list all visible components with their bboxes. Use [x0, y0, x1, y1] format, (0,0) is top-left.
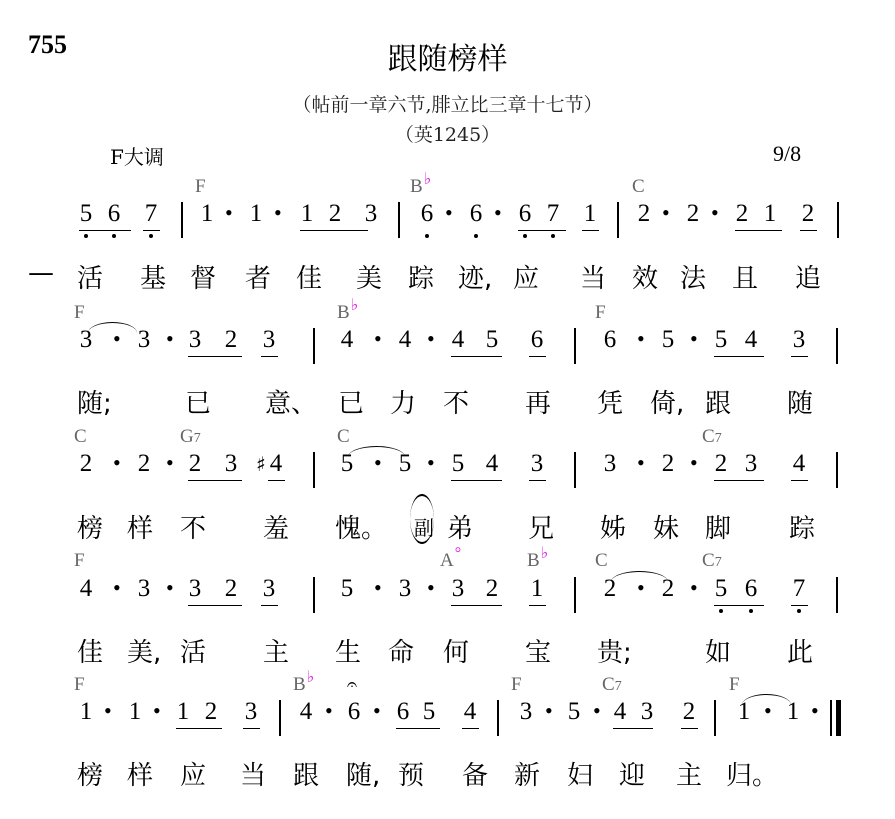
duration-dot: • [593, 698, 601, 724]
note: 3 [220, 450, 242, 478]
lyric-syllable: 备 [462, 755, 488, 792]
lyric-syllable: 生 [335, 632, 361, 669]
chord-symbol: B♭ [293, 674, 314, 696]
eighth-underline [261, 605, 278, 606]
duration-dot: • [711, 200, 719, 226]
note: 6 [599, 326, 621, 354]
eighth-underline [529, 356, 546, 357]
lower-octave-dot [474, 234, 478, 238]
note: 5 [418, 698, 440, 726]
lyric-syllable: 如 [705, 632, 731, 669]
note: 4 [447, 326, 469, 354]
barline [836, 577, 838, 613]
note: 1 [296, 200, 318, 228]
lyric-syllable: 已 [338, 383, 364, 420]
flat-icon: ♭ [307, 669, 315, 686]
eighth-underline [243, 728, 260, 729]
note: 3 [740, 450, 762, 478]
note: 3 [360, 200, 382, 228]
note: 2 [678, 698, 700, 726]
eighth-beam [188, 605, 242, 606]
lyric-syllable: 随; [77, 383, 112, 420]
duration-dot: • [374, 575, 382, 601]
duration-dot: • [374, 326, 382, 352]
lyric-syllable: 美 [356, 258, 382, 295]
note: 7 [542, 200, 564, 228]
duration-dot: • [445, 200, 453, 226]
note: 5 [75, 200, 97, 228]
lower-octave-dot [797, 609, 801, 613]
lyric-syllable: 活 [180, 632, 206, 669]
barline [836, 452, 838, 488]
note: 5 [710, 326, 732, 354]
barline [714, 700, 716, 736]
note: 2 [324, 200, 346, 228]
note: 5 [481, 326, 503, 354]
note: 3 [258, 575, 280, 603]
lyric-syllable: 再 [525, 383, 551, 420]
lyric-syllable: 贵; [597, 632, 632, 669]
lyric-syllable: 佳 [77, 632, 103, 669]
note: 3 [184, 326, 206, 354]
eighth-beam [188, 480, 242, 481]
lyric-syllable: 跟 [705, 383, 731, 420]
lyric-syllable: 且 [732, 258, 758, 295]
eighth-beam [300, 230, 368, 231]
eighth-underline [529, 605, 546, 606]
time-signature: 9/8 [773, 141, 801, 167]
note: 6 [392, 698, 414, 726]
note: 3 [258, 326, 280, 354]
note: 2 [220, 326, 242, 354]
note: 7 [788, 575, 810, 603]
page-title: 跟随榜样 [0, 34, 895, 78]
lower-octave-dot [149, 234, 153, 238]
duration-dot: • [690, 450, 698, 476]
lower-octave-dot [425, 234, 429, 238]
lyric-syllable: 追 [795, 258, 821, 295]
note: 6 [343, 698, 365, 726]
note: 3 [184, 575, 206, 603]
barline [617, 202, 619, 238]
eighth-underline [261, 356, 278, 357]
duration-dot: • [690, 326, 698, 352]
duration-dot: • [104, 698, 112, 724]
note: 2 [731, 200, 753, 228]
lyric-syllable: 踪 [408, 258, 434, 295]
chord-symbol: F [595, 302, 606, 324]
lyric-syllable: 不 [180, 508, 206, 545]
note: 5 [336, 575, 358, 603]
lyric-syllable: 凭 [597, 383, 623, 420]
note: 6 [416, 200, 438, 228]
lyric-syllable: 愧。 [335, 508, 387, 545]
lyric-syllable: 宝 [525, 632, 551, 669]
lyric-syllable: 此 [787, 632, 813, 669]
duration-dot: • [166, 450, 174, 476]
eighth-beam [176, 728, 222, 729]
barline [837, 202, 839, 238]
eighth-underline [791, 480, 808, 481]
lower-octave-dot [112, 234, 116, 238]
note: 1 [245, 200, 267, 228]
note: 4 [740, 326, 762, 354]
note: 1 [124, 698, 146, 726]
eighth-underline [582, 230, 599, 231]
chord-symbol: G7 [180, 426, 201, 448]
barline [836, 328, 838, 364]
eighth-beam [714, 605, 764, 606]
duration-dot: • [274, 200, 282, 226]
lyric-syllable: 美, [127, 632, 161, 669]
note: 1 [75, 698, 97, 726]
chord-symbol: C7 [602, 674, 622, 696]
note: 2 [200, 698, 222, 726]
note: 4 [336, 326, 358, 354]
eighth-beam [188, 356, 242, 357]
lower-octave-dot [551, 234, 555, 238]
lyric-syllable: 应 [513, 258, 539, 295]
chord-symbol: F [511, 674, 522, 696]
note: 3 [240, 698, 262, 726]
lyric-syllable: 迹, [458, 258, 492, 295]
barline [313, 577, 315, 613]
note: 4 [394, 326, 416, 354]
fermata-icon: 𝄐 [347, 674, 357, 695]
note: 2 [220, 575, 242, 603]
note: 2 [633, 200, 655, 228]
chord-symbol: C [595, 550, 608, 572]
barline [497, 700, 499, 736]
lyric-syllable: — [28, 258, 54, 288]
barline [830, 700, 832, 736]
barline [313, 452, 315, 488]
lyric-syllable: 应 [180, 755, 206, 792]
note: 2 [75, 450, 97, 478]
duration-dot: • [113, 575, 121, 601]
lyric-syllable: 主 [263, 632, 289, 669]
note: 2 [797, 200, 819, 228]
tie-slur [348, 446, 405, 457]
note: 1 [759, 200, 781, 228]
eighth-beam [79, 230, 131, 231]
note: 3 [515, 698, 537, 726]
lyric-syllable: 倚, [650, 383, 684, 420]
tie-slur [742, 694, 791, 705]
eighth-beam [451, 605, 502, 606]
lower-octave-dot [84, 234, 88, 238]
barline [398, 202, 400, 238]
tie-slur [88, 322, 137, 333]
barline [574, 328, 576, 364]
barline [279, 700, 281, 736]
note: 2 [682, 200, 704, 228]
note: 1 [196, 200, 218, 228]
note: 3 [526, 450, 548, 478]
eighth-underline [268, 480, 285, 481]
chord-symbol: F [74, 550, 85, 572]
barline [313, 328, 315, 364]
note: 6 [740, 575, 762, 603]
lyric-syllable: 姊 [600, 508, 626, 545]
note: 5 [447, 450, 469, 478]
duration-dot: • [225, 200, 233, 226]
lyric-syllable: 兄 [528, 508, 554, 545]
key-signature: F大调 [110, 141, 164, 170]
lyric-syllable: 羞 [263, 508, 289, 545]
lyric-syllable: 跟 [293, 755, 319, 792]
eighth-beam [613, 728, 653, 729]
note: 2 [657, 450, 679, 478]
note: 6 [526, 326, 548, 354]
note: 4 [788, 450, 810, 478]
lyric-syllable: 当 [240, 755, 266, 792]
chord-symbol: C [337, 426, 350, 448]
flat-icon: ♭ [541, 545, 549, 562]
note: 4 [295, 698, 317, 726]
duration-dot: • [325, 698, 333, 724]
chord-symbol: B♭ [410, 176, 431, 198]
chord-symbol: C [632, 176, 645, 198]
duration-dot: • [545, 698, 553, 724]
flat-icon: ♭ [351, 297, 359, 314]
chord-symbol: F [74, 674, 85, 696]
chord-symbol: F [729, 674, 740, 696]
duration-dot: • [690, 575, 698, 601]
duration-dot: • [811, 698, 819, 724]
duration-dot: • [166, 575, 174, 601]
note: 3 [394, 575, 416, 603]
lyric-syllable: 督 [190, 258, 216, 295]
diminished-icon: ° [455, 545, 461, 562]
note: 1 [172, 698, 194, 726]
eighth-beam [735, 230, 782, 231]
note: 3 [447, 575, 469, 603]
note: 6 [465, 200, 487, 228]
eighth-beam [396, 728, 440, 729]
duration-dot: • [494, 200, 502, 226]
duration-dot: • [113, 450, 121, 476]
lyric-syllable: 榜 [77, 755, 103, 792]
eighth-underline [791, 356, 808, 357]
lyric-syllable: 命 [388, 632, 414, 669]
eighth-beam [714, 356, 764, 357]
eighth-underline [791, 605, 808, 606]
chord-symbol: F [74, 302, 85, 324]
lyric-syllable: 样 [127, 508, 153, 545]
lyric-syllable: 妹 [653, 508, 679, 545]
note: 4 [75, 575, 97, 603]
chord-symbol: C7 [702, 550, 722, 572]
scripture-reference: （帖前一章六节,腓立比三章十七节） [0, 90, 895, 117]
note: 3 [133, 575, 155, 603]
duration-dot: • [427, 450, 435, 476]
note: 1 [526, 575, 548, 603]
note: 5 [657, 326, 679, 354]
lyric-syllable: 新 [514, 755, 540, 792]
lyric-syllable: 随, [346, 755, 380, 792]
lyric-syllable: 脚 [705, 508, 731, 545]
eighth-underline [462, 728, 479, 729]
lyric-syllable: 迎 [619, 755, 645, 792]
note: 2 [710, 450, 732, 478]
lyric-syllable: 者 [245, 258, 271, 295]
chord-symbol: B♭ [337, 302, 358, 324]
lyric-syllable: 法 [680, 258, 706, 295]
note: 3 [636, 698, 658, 726]
duration-dot: • [427, 575, 435, 601]
duration-dot: • [637, 326, 645, 352]
note: 3 [599, 450, 621, 478]
lyric-syllable: 当 [580, 258, 606, 295]
eighth-beam [714, 480, 764, 481]
duration-dot: • [637, 450, 645, 476]
lyric-syllable: 妇 [567, 755, 593, 792]
lyric-syllable: 预 [398, 755, 424, 792]
eighth-underline [681, 728, 698, 729]
duration-dot: • [373, 698, 381, 724]
lyric-syllable: 意、 [265, 383, 317, 420]
lyric-syllable: 基 [140, 258, 166, 295]
eighth-beam [451, 356, 502, 357]
lyric-syllable: 佳 [296, 258, 322, 295]
lower-octave-dot [719, 609, 723, 613]
lyric-syllable: 力 [390, 383, 416, 420]
note: 1 [579, 200, 601, 228]
eighth-beam [451, 480, 502, 481]
note: 4 [481, 450, 503, 478]
sharp-icon: ♯ [256, 452, 266, 476]
note: 2 [481, 575, 503, 603]
lyric-syllable: 主 [676, 755, 702, 792]
duration-dot: • [166, 326, 174, 352]
lyric-syllable: 榜 [77, 508, 103, 545]
note: 6 [514, 200, 536, 228]
note: 5 [563, 698, 585, 726]
lyric-syllable: 随 [787, 383, 813, 420]
eighth-underline [800, 230, 817, 231]
barline [574, 577, 576, 613]
tie-slur [611, 571, 668, 582]
flat-icon: ♭ [424, 171, 432, 188]
note: 4 [459, 698, 481, 726]
lyric-syllable: 活 [77, 258, 103, 295]
lower-octave-dot [523, 234, 527, 238]
lyric-syllable: 踪 [789, 508, 815, 545]
chord-symbol: C [74, 426, 87, 448]
note: 4 [609, 698, 631, 726]
note: 3 [788, 326, 810, 354]
note: 2 [184, 450, 206, 478]
note: 6 [103, 200, 125, 228]
lyric-syllable: 何 [443, 632, 469, 669]
duration-dot: • [153, 698, 161, 724]
chord-symbol: B♭ [527, 550, 548, 572]
eighth-underline [529, 480, 546, 481]
barline [181, 202, 183, 238]
note: 2 [133, 450, 155, 478]
note: 7 [140, 200, 162, 228]
eighth-underline [143, 230, 160, 231]
lyric-syllable: 已 [185, 383, 211, 420]
duration-dot: • [427, 326, 435, 352]
chord-symbol: F [195, 176, 206, 198]
lyric-syllable: 样 [127, 755, 153, 792]
note: 5 [710, 575, 732, 603]
refrain-bracket [410, 494, 434, 544]
lyric-syllable: 效 [632, 258, 658, 295]
note: 4 [265, 450, 287, 478]
duration-dot: • [662, 200, 670, 226]
lyric-syllable: 弟 [447, 508, 473, 545]
final-barline [836, 700, 841, 736]
chord-symbol: A° [440, 550, 461, 572]
barline [574, 452, 576, 488]
lyric-syllable: 归。 [726, 755, 778, 792]
eighth-beam [518, 230, 566, 231]
chord-symbol: C7 [702, 426, 722, 448]
lyric-syllable: 不 [443, 383, 469, 420]
lower-octave-dot [749, 609, 753, 613]
